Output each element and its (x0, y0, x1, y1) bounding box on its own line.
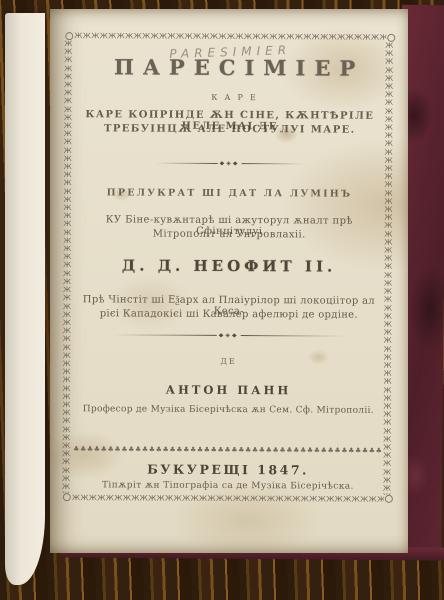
border-corner-ornament (385, 495, 393, 503)
metropolitan-titles-line-2: рієі Кападокієі ші Кавалер афелюрі де ор… (74, 308, 384, 321)
imprint-press-line: Тіпѫріт ѫн Тіпографіа са де Музіка Бісер… (73, 480, 383, 492)
book-title: ПАРЕСІМІЕР (75, 54, 394, 81)
border-corner-ornament (387, 34, 395, 42)
fleuron-row-ornament: ♣♣♣♣♣♣♣♣♣♣♣♣♣♣♣♣♣♣♣♣♣♣♣♣♣♣♣♣♣♣♣♣♣♣♣♣♣♣♣♣… (73, 445, 383, 455)
by-label: ДЕ (74, 356, 384, 367)
author-title: Професор де Музіка Бісерічѣска ѫн Сем. С… (73, 404, 383, 416)
author-name: АНТОН ПАНН (73, 382, 383, 398)
ornamental-divider: ◆◈◆ (112, 330, 346, 339)
border-ornament-bottom: ЖЖЖЖЖЖЖЖЖЖЖЖЖЖЖЖЖЖЖЖЖЖЖЖЖЖЖЖЖЖЖЖЖЖЖЖЖЖЖЖ… (72, 492, 384, 505)
border-ornament-right: ЖЖЖЖЖЖЖЖЖЖЖЖЖЖЖЖЖЖЖЖЖЖЖЖЖЖЖЖЖЖЖЖЖЖЖЖЖЖЖЖ… (383, 42, 396, 495)
edited-line: ПРЕЛУКРАТ ШІ ДАТ ЛА ЛУМІНЪ (74, 187, 384, 200)
border-corner-ornament (65, 32, 73, 40)
photo-scene: ЖЖЖЖЖЖЖЖЖЖЖЖЖЖЖЖЖЖЖЖЖЖЖЖЖЖЖЖЖЖЖЖЖЖЖЖЖЖЖЖ… (0, 0, 444, 600)
title-page: ЖЖЖЖЖЖЖЖЖЖЖЖЖЖЖЖЖЖЖЖЖЖЖЖЖЖЖЖЖЖЖЖЖЖЖЖЖЖЖЖ… (50, 9, 408, 553)
page-stack-fore-edge (5, 13, 45, 585)
imprint-city-year: БУКУРЕЩІ 1847. (73, 461, 383, 478)
divider-ornament-icon: ◆◈◆ (217, 332, 241, 338)
description-line-2: ТРЕБУІНЦѪ АЛЕ ПОСТУЛУІ МАРЕ. (75, 123, 385, 136)
ornamental-divider: ◆◈◆ (155, 159, 305, 168)
blessing-line-2: Мітрополіт ал Унгровлахіі. (74, 228, 384, 241)
metropolitan-name: Д. Д. НЕОФИТ II. (74, 256, 384, 276)
border-corner-ornament (63, 493, 71, 501)
divider-ornament-icon: ◆◈◆ (218, 160, 242, 166)
page-content-wrapper: ЖЖЖЖЖЖЖЖЖЖЖЖЖЖЖЖЖЖЖЖЖЖЖЖЖЖЖЖЖЖЖЖЖЖЖЖЖЖЖЖ… (49, 8, 410, 554)
subtitle-word: КАРЕ (75, 92, 392, 103)
